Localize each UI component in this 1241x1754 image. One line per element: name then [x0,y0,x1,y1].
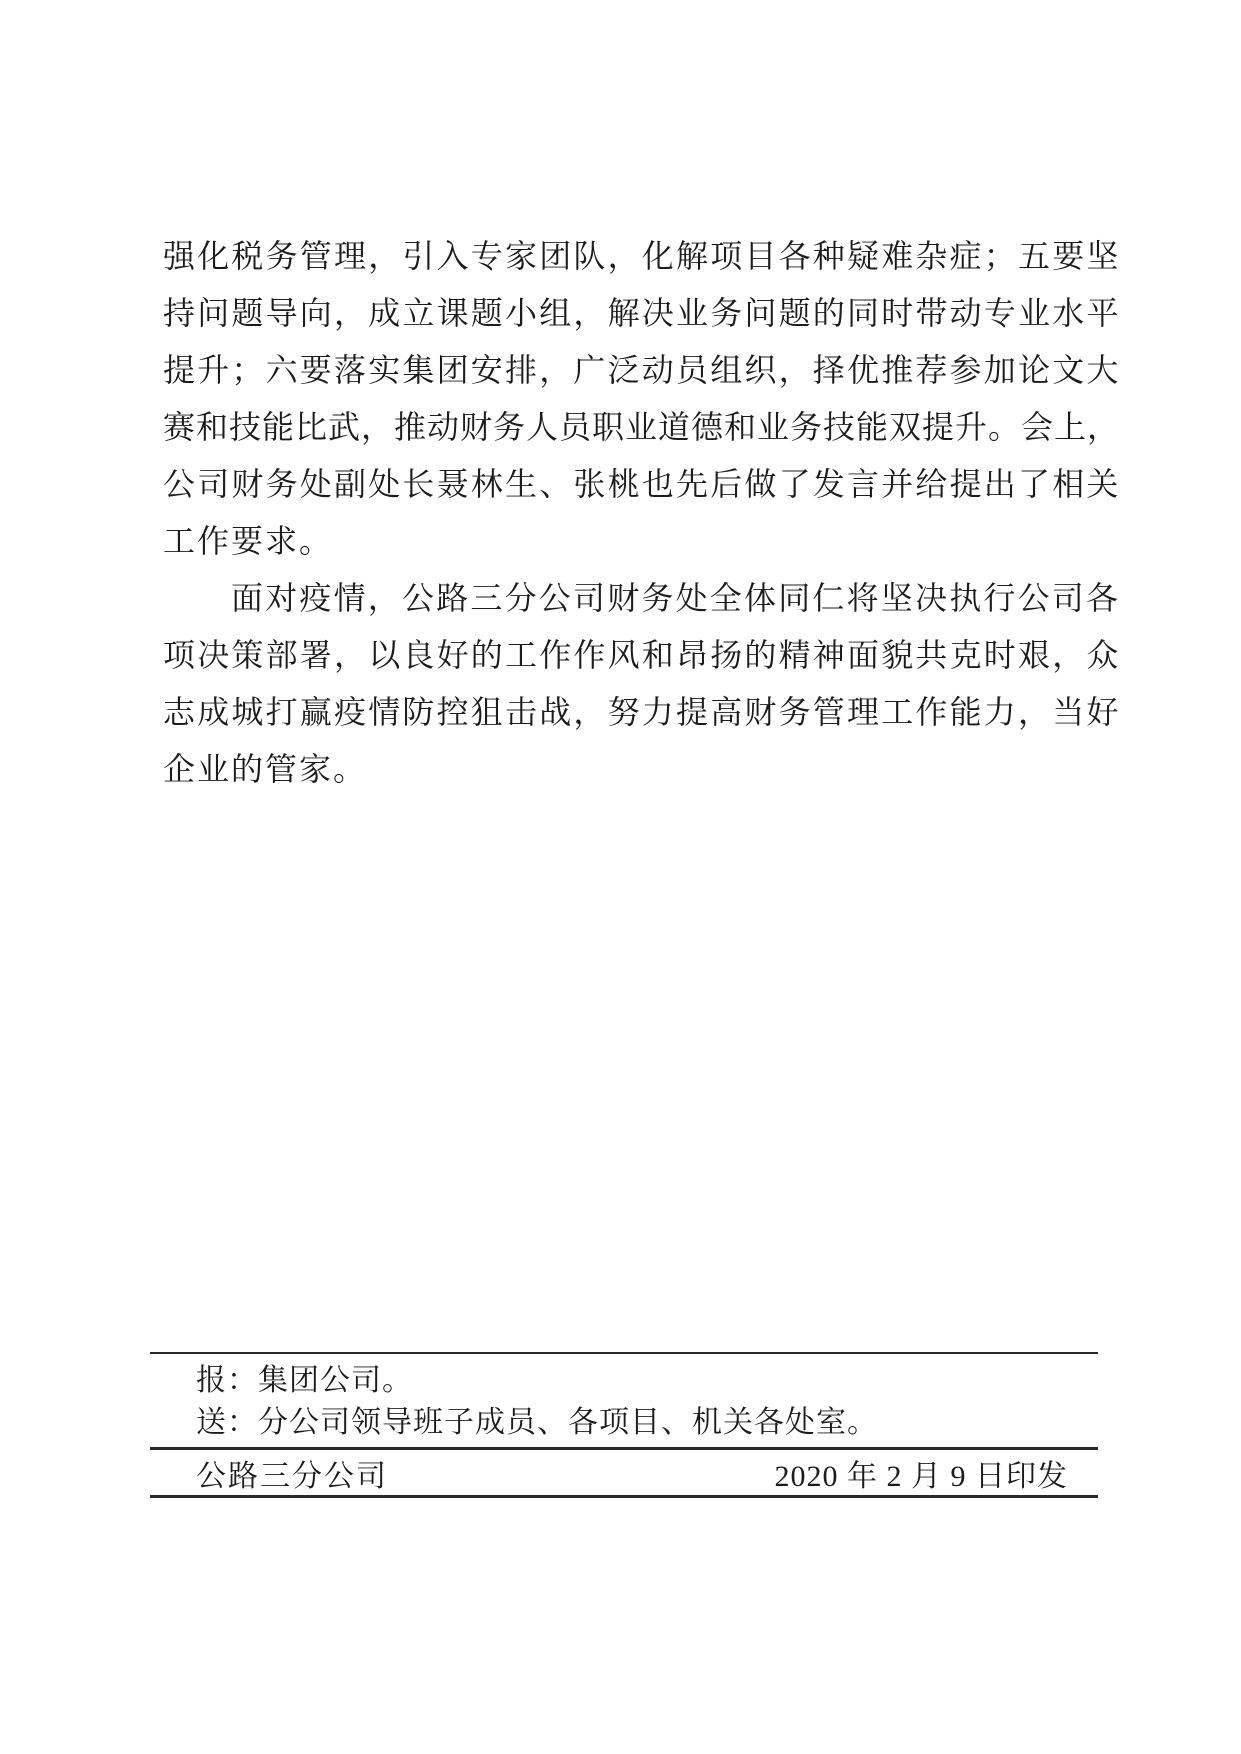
report-to-line: 报：集团公司。 [196,1360,1098,1402]
body-line: 企业的管家。 [163,741,1120,798]
print-date: 2020 年 2 月 9 日印发 [775,1451,1069,1495]
footer-issue-section: 公路三分公司 2020 年 2 月 9 日印发 [150,1447,1098,1498]
body-line: 项决策部署，以良好的工作作风和昂扬的精神面貌共克时艰，众 [163,627,1120,684]
issuer-name: 公路三分公司 [196,1451,388,1495]
document-body: 强化税务管理，引入专家团队，化解项目各种疑难杂症；五要坚 持问题导向，成立课题小… [163,228,1120,798]
body-line: 提升；六要落实集团安排，广泛动员组织，择优推荐参加论文大 [163,342,1120,399]
body-line: 持问题导向，成立课题小组，解决业务问题的同时带动专业水平 [163,285,1120,342]
body-line: 赛和技能比武，推动财务人员职业道德和业务技能双提升。会上， [163,399,1120,456]
body-line: 工作要求。 [163,513,1120,570]
footer-copy-section: 报：集团公司。 送：分公司领导班子成员、各项目、机关各处室。 [150,1354,1098,1447]
body-line: 面对疫情，公路三分公司财务处全体同仁将坚决执行公司各 [163,570,1120,627]
body-line: 志成城打赢疫情防控狙击战，努力提高财务管理工作能力，当好 [163,684,1120,741]
body-line: 强化税务管理，引入专家团队，化解项目各种疑难杂症；五要坚 [163,228,1120,285]
document-page: 强化税务管理，引入专家团队，化解项目各种疑难杂症；五要坚 持问题导向，成立课题小… [0,0,1241,1754]
body-line: 公司财务处副处长聂林生、张桃也先后做了发言并给提出了相关 [163,456,1120,513]
document-footer: 报：集团公司。 送：分公司领导班子成员、各项目、机关各处室。 公路三分公司 20… [150,1352,1098,1498]
send-to-line: 送：分公司领导班子成员、各项目、机关各处室。 [196,1402,1098,1444]
